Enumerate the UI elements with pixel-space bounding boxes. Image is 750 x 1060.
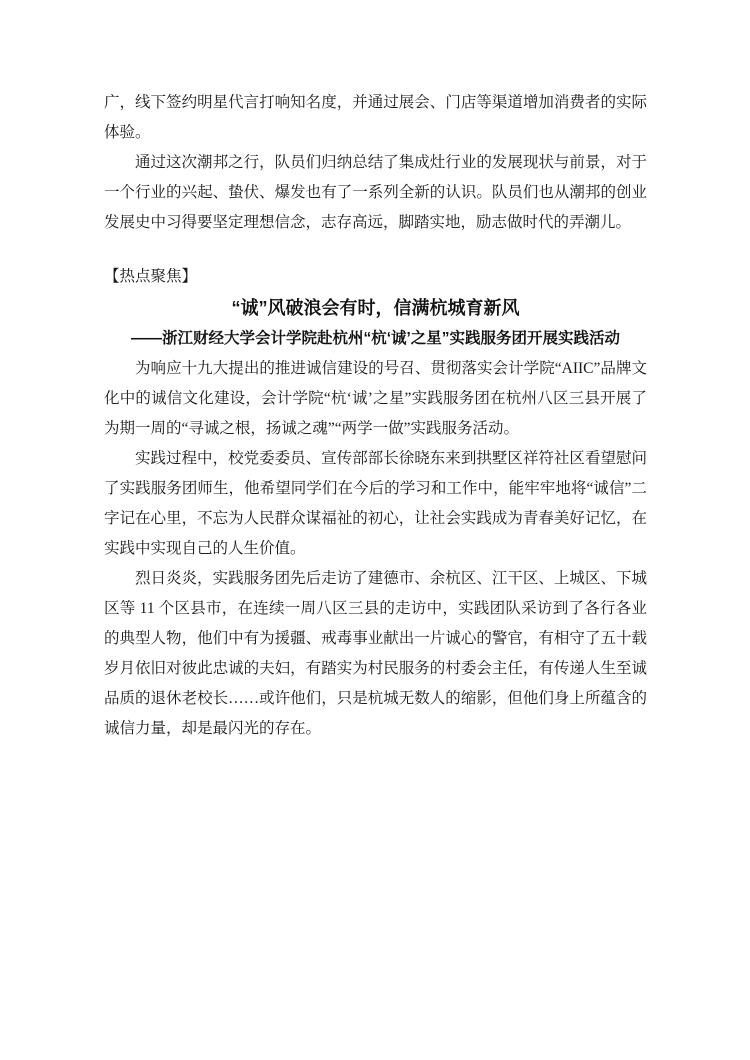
section-tag-hot-focus: 【热点聚焦】 [104,262,647,292]
paragraph-interviews: 烈日炎炎，实践服务团先后走访了建德市、余杭区、江干区、上城区、下城区等 11 个… [104,564,647,744]
paragraph-chaobang-summary: 通过这次潮邦之行，队员们归纳总结了集成灶行业的发展现状与前景，对于一个行业的兴起… [104,148,647,238]
paragraph-activity-intro: 为响应十九大提出的推进诚信建设的号召、贯彻落实会计学院“AIIC”品牌文化中的诚… [104,354,647,444]
paragraph-leader-visit: 实践过程中，校党委委员、宣传部部长徐晓东来到拱墅区祥符社区看望慰问了实践服务团师… [104,444,647,564]
article-title: “诚”风破浪会有时，信满杭城育新风 [104,292,647,324]
document-page: 广，线下签约明星代言打响知名度，并通过展会、门店等渠道增加消费者的实际体验。 通… [0,0,750,1060]
article-subtitle: ——浙江财经大学会计学院赴杭州“杭‘诚’之星”实践服务团开展实践活动 [104,324,647,354]
paragraph-continuation: 广，线下签约明星代言打响知名度，并通过展会、门店等渠道增加消费者的实际体验。 [104,88,647,148]
